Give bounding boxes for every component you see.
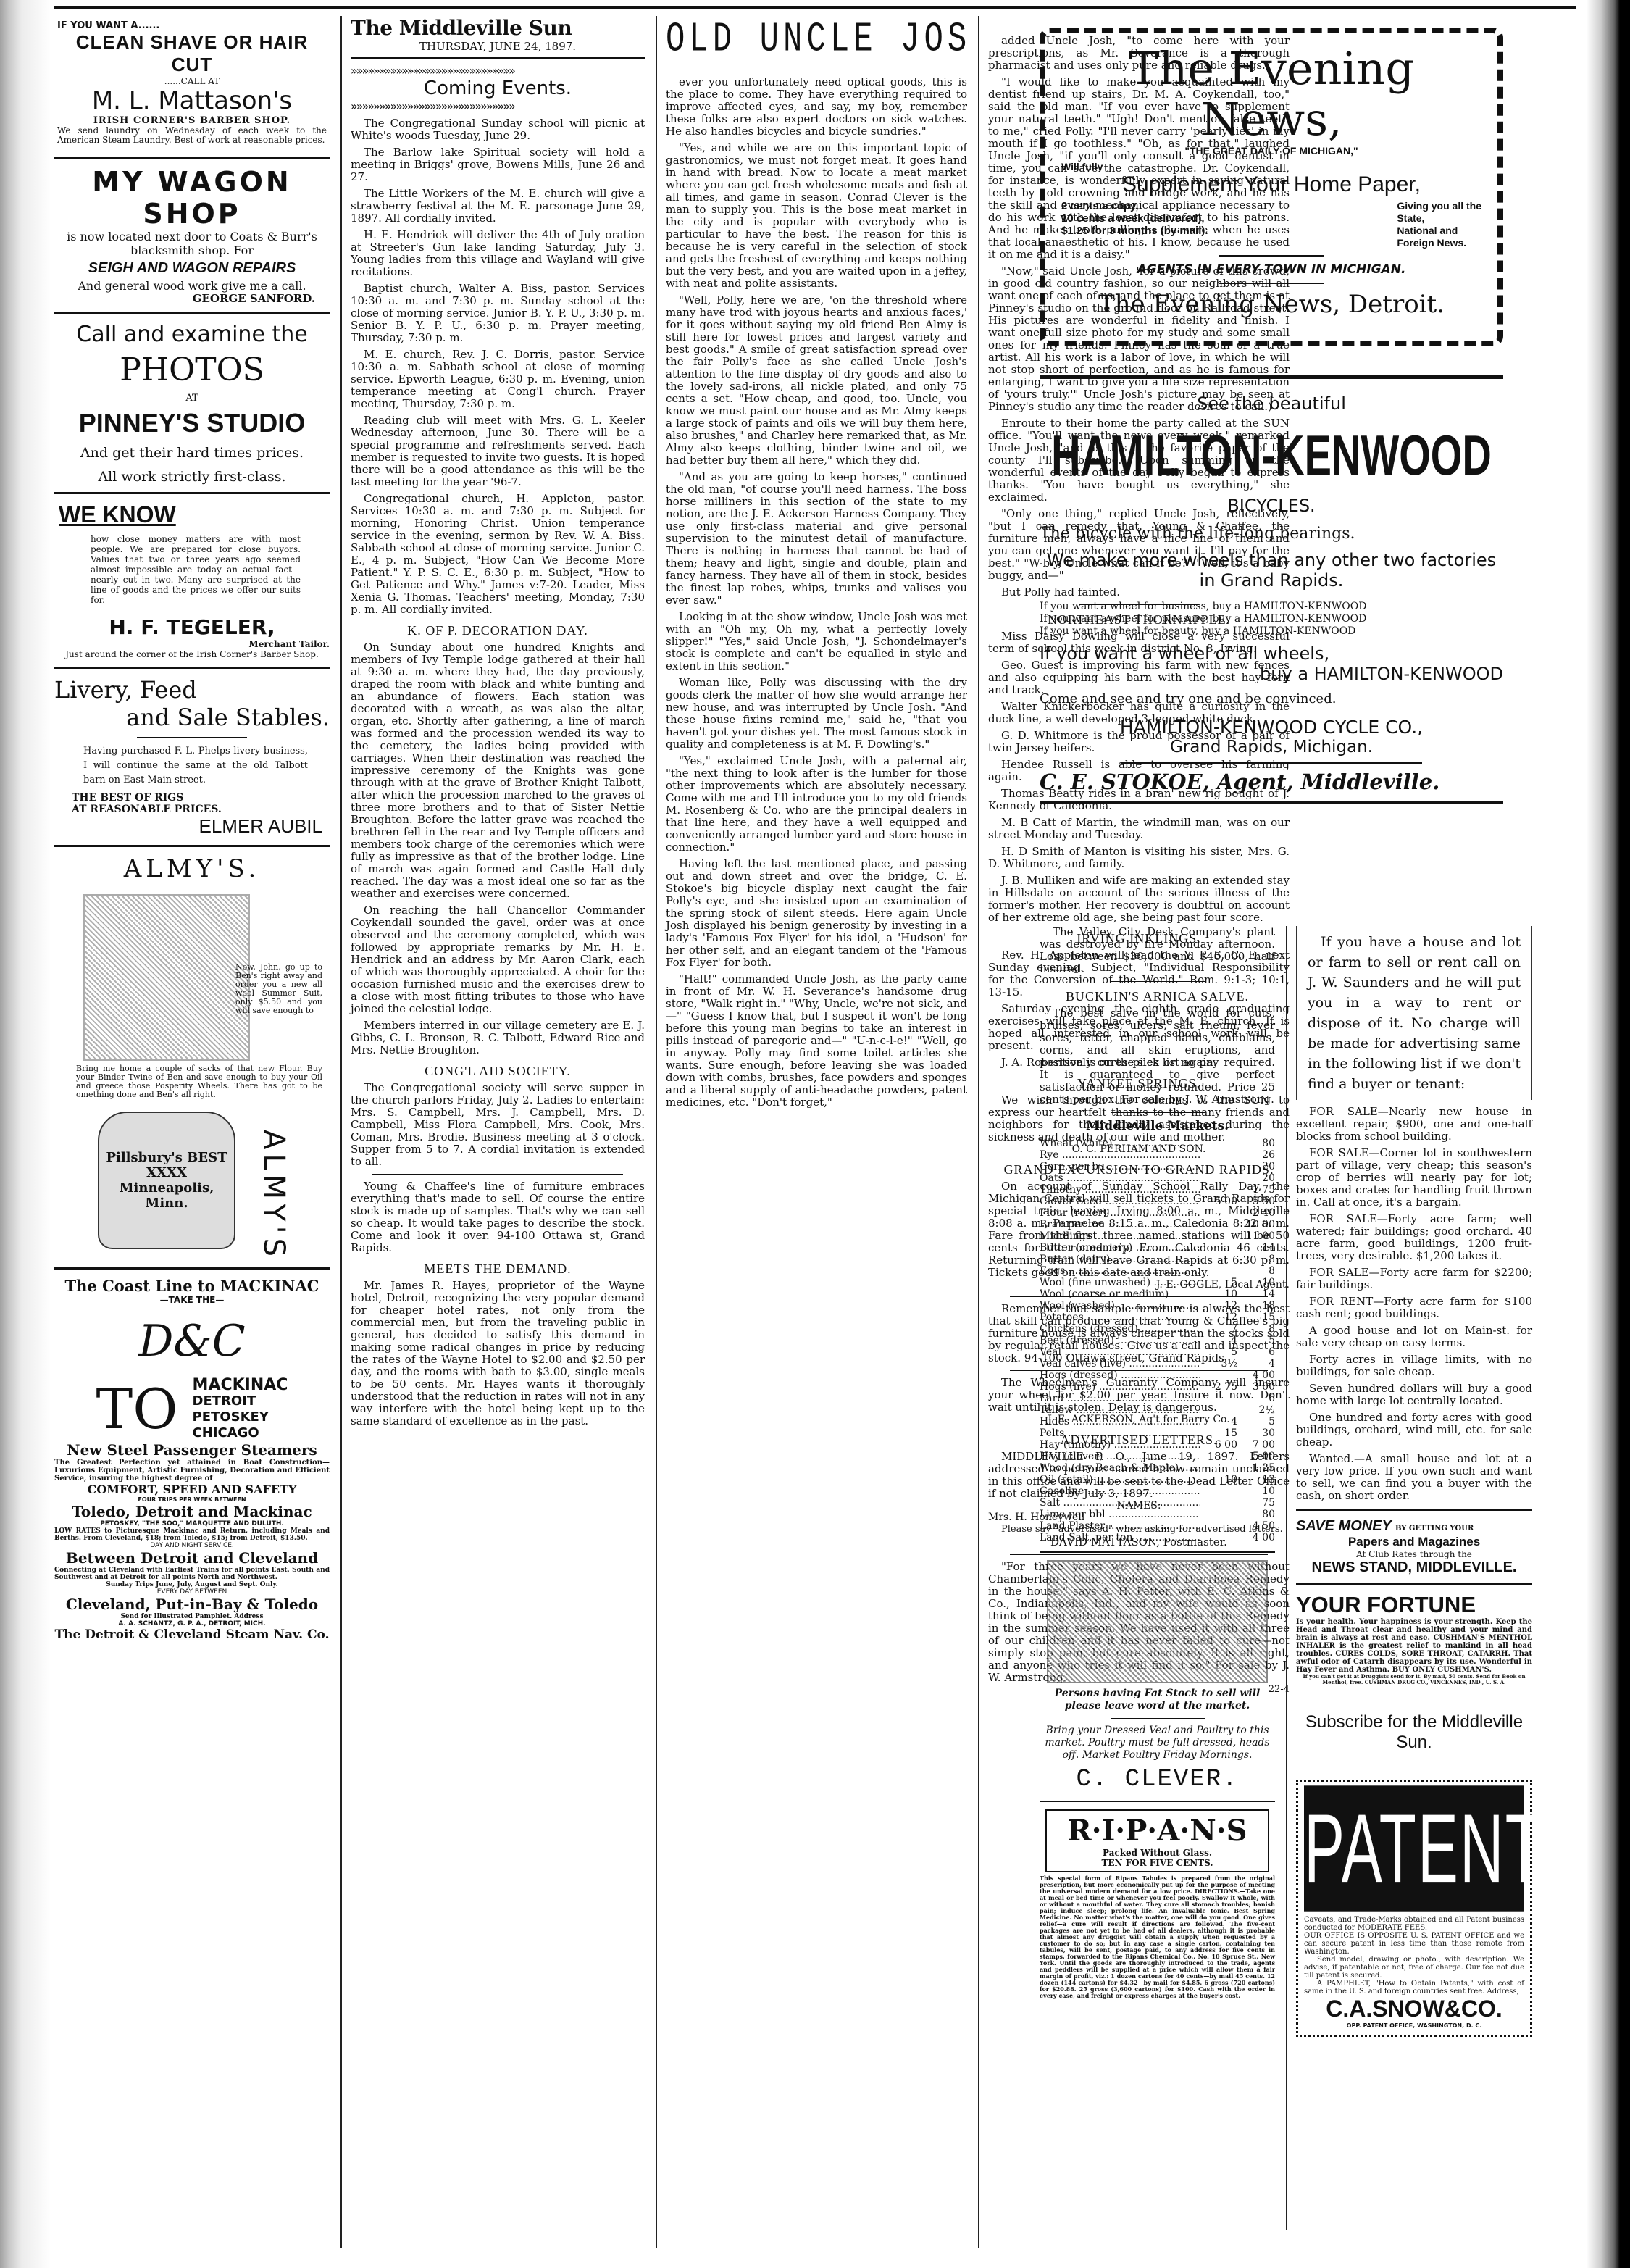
market-high: 10: [1237, 1485, 1275, 1497]
fire-notice: The Valley City Desk Company's plant was…: [1040, 926, 1275, 975]
divider: [1040, 1551, 1275, 1553]
story-body: ever you unfortunately need optical good…: [666, 76, 967, 1109]
ripans-title: R·I·P·A·N·S: [1050, 1814, 1265, 1848]
market-low: [1200, 1462, 1237, 1474]
market-high: 26: [1237, 1149, 1275, 1161]
market-item: Clover Seed: [1040, 1196, 1200, 1207]
steamer-perfection: The Greatest Perfection yet attained in …: [54, 1459, 330, 1483]
livery-slogan2: AT REASONABLE PRICES.: [72, 804, 330, 815]
market-high: 4 00: [1237, 1369, 1275, 1381]
photo-line6: All work strictly first-class.: [54, 469, 330, 485]
chevron-border-icon: »»»»»»»»»»»»»»»»»»»»»»»»»»»»»: [351, 99, 645, 113]
listing-item: Forty acres in village limits, with no b…: [1296, 1354, 1532, 1378]
market-high: 20: [1237, 1172, 1275, 1184]
market-row: Eggs8: [1040, 1265, 1275, 1277]
almys-ad: ALMY'S. Now, John, go up to Ben's right …: [54, 854, 330, 1260]
market-row: Land Plaster4 50: [1040, 1520, 1275, 1532]
divider: [1111, 1718, 1205, 1719]
almys-headline: ALMY'S.: [54, 854, 330, 883]
divider: [1219, 283, 1324, 284]
market-item: Timothy: [1040, 1184, 1200, 1196]
aid-title: CONG'L AID SOCIETY.: [351, 1064, 645, 1079]
market-item: Butter (dairy): [1040, 1254, 1200, 1265]
market-row: Butter (dairy)8: [1040, 1254, 1275, 1265]
market-high: 7 00: [1237, 1439, 1275, 1451]
market-item: Bran per ton: [1040, 1219, 1200, 1230]
market-row: Bran per ton10 00: [1040, 1219, 1275, 1230]
market-high: 4 50: [1237, 1520, 1275, 1532]
market-row: Middlings11 00: [1040, 1230, 1275, 1242]
hk-city: Grand Rapids, Michigan.: [1040, 738, 1503, 756]
club-rates: At Club Rates through the: [1296, 1549, 1532, 1559]
steamer-route1: Toledo, Detroit and Mackinac: [54, 1503, 330, 1520]
market-low: 4: [1200, 1335, 1237, 1346]
patents-body1: Caveats, and Trade-Marks obtained and al…: [1304, 1916, 1524, 1932]
market-low: [1200, 1149, 1237, 1161]
cow-illustration: [1047, 1560, 1268, 1683]
evening-news-agents: AGENTS IN EVERY TOWN IN MICHIGAN.: [1061, 262, 1481, 277]
patents-address: OPP. PATENT OFFICE, WASHINGTON, D. C.: [1304, 2022, 1524, 2029]
patents-body4: A PAMPHLET, "How to Obtain Patents," wit…: [1304, 1980, 1524, 1996]
market-item: Hogs (live): [1040, 1381, 1200, 1393]
section-title-coming-events: Coming Events.: [351, 78, 645, 99]
market-high: 2½: [1237, 1404, 1275, 1416]
market-item: Veal: [1040, 1346, 1200, 1358]
market-item: Land Salt, per ton: [1040, 1532, 1200, 1543]
market-item: Wool (coarse or medium): [1040, 1288, 1200, 1300]
divider: [54, 312, 330, 314]
market-low: [1200, 1242, 1237, 1254]
divider: [54, 1267, 330, 1270]
divider: [1296, 1772, 1532, 1772]
wagon-body2: And general wood work give me a call.: [54, 280, 330, 292]
wagon-body: is now located next door to Coats & Burr…: [54, 230, 330, 257]
divider: [351, 57, 645, 59]
market-item: Flour (roller): [1040, 1207, 1200, 1219]
hamilton-kenwood-ad: See the beautiful HAMILTON-KENWOOD BICYC…: [1040, 375, 1503, 811]
listing-item: Wanted.—A small house and lot at a very …: [1296, 1453, 1532, 1502]
fortune-body: Is your health. Your happiness is your s…: [1296, 1618, 1532, 1674]
market-row: Hay (timothy)6 007 00: [1040, 1439, 1275, 1451]
steamer-comfort: COMFORT, SPEED AND SAFETY: [54, 1483, 330, 1496]
ripans-sub2: TEN FOR FIVE CENTS.: [1050, 1858, 1265, 1868]
steamer-take: —TAKE THE—: [54, 1295, 330, 1305]
listing-item: FOR SALE—Nearly new house in excellent r…: [1296, 1106, 1532, 1143]
market-low: 12: [1200, 1300, 1237, 1312]
divider: [137, 737, 247, 738]
market-row: Beef (dressed)45: [1040, 1335, 1275, 1346]
market-high: 1 75: [1237, 1184, 1275, 1196]
market-low: [1200, 1532, 1237, 1543]
aid-body: The Congregational society will serve su…: [351, 1082, 645, 1168]
evening-news-title: The Evening News,: [1061, 43, 1481, 145]
market-item: Tallow: [1040, 1404, 1200, 1416]
market-low: 5: [1200, 1277, 1237, 1288]
livery-signature: ELMER AUBIL: [54, 815, 330, 838]
hk-agent: C. E. STOKOE, Agent, Middleville.: [1040, 770, 1503, 794]
market-low: [1200, 1207, 1237, 1219]
giving-2: National and: [1397, 225, 1481, 237]
dest-1: DETROIT: [193, 1393, 288, 1409]
market-row: Oil (retail)1013: [1040, 1474, 1275, 1485]
market-row: Salt75: [1040, 1497, 1275, 1509]
market-high: 6: [1237, 1346, 1275, 1358]
page-edge-binding: [1587, 0, 1630, 2268]
market-low: [1200, 1265, 1237, 1277]
photo-ad: Call and examine the PHOTOS AT PINNEY'S …: [54, 322, 330, 485]
by-getting: BY GETTING YOUR: [1395, 1525, 1474, 1533]
dest-3: CHICAGO: [193, 1425, 288, 1441]
market-low: [1200, 1520, 1237, 1532]
market-row: Wool (coarse or medium)1014: [1040, 1288, 1275, 1300]
hk-if-0: If you want a wheel for business, buy a …: [1040, 601, 1503, 613]
market-high: 4 00: [1237, 1532, 1275, 1543]
market-row: Gasoline10: [1040, 1485, 1275, 1497]
market-high: 8: [1237, 1323, 1275, 1335]
divider: [1296, 1583, 1532, 1585]
steamer-route3: Cleveland, Put-in-Bay & Toledo: [54, 1596, 330, 1613]
market-item: Veal calves (live): [1040, 1358, 1200, 1369]
hk-bicycles: BICYCLES.: [1040, 496, 1503, 516]
steamer-connecting: Connecting at Cleveland with Earliest Tr…: [54, 1567, 330, 1581]
ripans-sub1: Packed Without Glass.: [1050, 1848, 1265, 1858]
market-low: [1200, 1393, 1237, 1404]
hk-if-2: If you want a wheel for beauty, buy a HA…: [1040, 625, 1503, 638]
divider: [1296, 1509, 1532, 1511]
listing-item: A good house and lot on Main-st. for sal…: [1296, 1325, 1532, 1349]
market-row: Clover Seed5 005 50: [1040, 1196, 1275, 1207]
story-paragraph: "Well, Polly, here we are, 'on the thres…: [666, 294, 967, 467]
dest-2: PETOSKEY: [193, 1409, 288, 1425]
event-item: Congregational church, H. Appleton, past…: [351, 493, 645, 616]
market-item: Eggs: [1040, 1265, 1200, 1277]
story-title: OLD UNCLE JOSH.: [666, 17, 967, 64]
divider: [1040, 801, 1503, 804]
divider: [1296, 1693, 1532, 1693]
divider: [1111, 1112, 1205, 1113]
story-paragraph: "Yes, and while we are on this important…: [666, 142, 967, 290]
listings: FOR SALE—Nearly new house in excellent r…: [1296, 1106, 1532, 1502]
market-high: 18: [1237, 1300, 1275, 1312]
story-paragraph: Having left the last mentioned place, an…: [666, 858, 967, 969]
market-high: 75: [1237, 1497, 1275, 1509]
evening-news-will: Will fully: [1061, 161, 1481, 172]
bring-notice: Bring your Dressed Veal and Poultry to t…: [1040, 1725, 1275, 1762]
fortune-title: YOUR FORTUNE: [1296, 1592, 1532, 1618]
market-low: [1200, 1509, 1237, 1520]
market-high: 8: [1237, 1254, 1275, 1265]
price-2: $1.25 for 3 months (by mail).: [1061, 225, 1208, 237]
market-high: 3 00: [1237, 1381, 1275, 1393]
livery-slogan1: THE BEST OF RIGS: [72, 792, 330, 804]
event-item: H. E. Hendrick will deliver the 4th of J…: [351, 229, 645, 278]
photo-line2: PHOTOS: [54, 351, 330, 388]
barber-body: We send laundry on Wednesday of each wee…: [57, 126, 327, 145]
market-item: Chickens (dressed): [1040, 1323, 1200, 1335]
market-item: Middlings: [1040, 1230, 1200, 1242]
market-low: [1200, 1219, 1237, 1230]
newspaper-page: IF YOU WANT A...... CLEAN SHAVE OR HAIR …: [54, 6, 1576, 2259]
wagon-service: SEIGH AND WAGON REPAIRS: [54, 260, 330, 277]
market-high: 80: [1237, 1138, 1275, 1149]
market-high: 30: [1237, 1427, 1275, 1439]
hk-brand: HAMILTON-KENWOOD: [1040, 422, 1503, 488]
barber-headline: CLEAN SHAVE OR HAIR CUT: [57, 31, 327, 76]
clever-name: C. CLEVER.: [1040, 1766, 1275, 1793]
event-item: Baptist church, Walter A. Biss, pastor. …: [351, 283, 645, 344]
subscribe-notice: Subscribe for the Middleville Sun.: [1296, 1712, 1532, 1753]
story-paragraph: ever you unfortunately need optical good…: [666, 76, 967, 138]
market-low: 4: [1200, 1416, 1237, 1427]
listing-item: FOR SALE—Corner lot in southwestern part…: [1296, 1147, 1532, 1209]
save-money: SAVE MONEY: [1296, 1518, 1392, 1534]
barber-name: M. L. Mattason's: [57, 86, 327, 115]
divider: [1111, 981, 1205, 982]
market-high: 5: [1237, 1335, 1275, 1346]
listing-item: FOR SALE—Forty acre farm; well watered; …: [1296, 1213, 1532, 1262]
market-item: Corn, per bu: [1040, 1161, 1200, 1172]
market-low: 12: [1200, 1312, 1237, 1323]
ne-item: M. B Catt of Martin, the windmill man, w…: [988, 817, 1290, 841]
market-item: Lime per bbl: [1040, 1509, 1200, 1520]
photo-line3: AT: [54, 393, 330, 404]
market-low: [1200, 1404, 1237, 1416]
hk-bearings: The bicycle with the life-long bearings.: [1040, 525, 1503, 543]
market-high: 5 50: [1237, 1196, 1275, 1207]
dest-0: MACKINAC: [193, 1377, 288, 1393]
market-item: Hides: [1040, 1416, 1200, 1427]
giving-3: Foreign News.: [1397, 237, 1481, 249]
markets-title: Middleville Markets.: [1040, 1119, 1275, 1133]
market-row: Rye26: [1040, 1149, 1275, 1161]
market-item: Hogs (dressed): [1040, 1369, 1200, 1381]
papers-magazines: Papers and Magazines: [1296, 1535, 1532, 1549]
market-item: Rye: [1040, 1149, 1200, 1161]
steamer-route1-sub: PETOSKEY, "THE SOO," MARQUETTE AND DULUT…: [54, 1520, 330, 1527]
market-low: [1200, 1184, 1237, 1196]
steamer-to: TO: [96, 1383, 178, 1435]
patents-company: C.A.SNOW&CO.: [1304, 1996, 1524, 2022]
patents-ad: PATENTS Caveats, and Trade-Marks obtaine…: [1296, 1780, 1532, 2037]
barber-lead: IF YOU WANT A......: [57, 20, 327, 31]
price-1: 10 cents a week (delivered),: [1061, 212, 1208, 225]
top-rule: [54, 6, 1576, 9]
divider: [1219, 255, 1324, 257]
page-edge-shadow: [0, 0, 51, 2268]
event-item: The Barlow lake Spiritual society will h…: [351, 146, 645, 183]
event-item: The Congregational Sunday school will pi…: [351, 117, 645, 142]
market-low: [1200, 1172, 1237, 1184]
market-row: Hides45: [1040, 1416, 1275, 1427]
market-item: Oats: [1040, 1172, 1200, 1184]
market-item: Potatoes: [1040, 1312, 1200, 1323]
steamer-steamers: New Steel Passenger Steamers: [54, 1441, 330, 1459]
wagon-signature: GEORGE SANFORD.: [54, 292, 330, 305]
salve-body: The best salve in the world for cuts, br…: [1040, 1007, 1275, 1106]
ripans-body: This special form of Ripans Tabules is p…: [1040, 1875, 1275, 1999]
kop-body: On Sunday about one hundred Knights and …: [351, 641, 645, 1056]
market-item: Lard: [1040, 1393, 1200, 1404]
market-high: 14: [1237, 1288, 1275, 1300]
price-0: 2 cents a copy,: [1061, 200, 1208, 212]
photo-line1: Call and examine the: [54, 322, 330, 347]
market-high: 15: [1237, 1312, 1275, 1323]
masthead-title: The Middleville Sun: [351, 16, 645, 40]
divider: [54, 492, 330, 494]
market-low: [1200, 1451, 1237, 1462]
barber-call: ......CALL AT: [57, 76, 327, 86]
market-row: Hogs (live)2 753 00: [1040, 1381, 1275, 1393]
market-low: [1200, 1138, 1237, 1149]
market-row: Flour (roller)2 40: [1040, 1207, 1275, 1219]
photo-line5: And get their hard times prices.: [54, 443, 330, 463]
evening-news-footer: The Evening News, Detroit.: [1061, 290, 1481, 319]
fat-stock-notice: Persons having Fat Stock to sell will pl…: [1040, 1688, 1275, 1712]
story-paragraph: "Yes," exclaimed Uncle Josh, with a pate…: [666, 755, 967, 854]
ne-item: H. D Smith of Manton is visiting his sis…: [988, 846, 1290, 870]
market-item: Wool (fine unwashed): [1040, 1277, 1200, 1288]
steamer-send: Send for Illustrated Pamphlet. Address: [54, 1613, 330, 1620]
wagon-ad: MY WAGON SHOP is now located next door t…: [54, 166, 330, 305]
listing-item: Seven hundred dollars will buy a good ho…: [1296, 1383, 1532, 1407]
divider: [372, 1174, 623, 1175]
market-low: 10: [1200, 1288, 1237, 1300]
market-row: Hay (clover)5 00: [1040, 1451, 1275, 1462]
market-low: 2 75: [1200, 1381, 1237, 1393]
patents-body2: OUR OFFICE IS OPPOSITE U. S. PATENT OFFI…: [1304, 1932, 1524, 1956]
steamer-four-trips: FOUR TRIPS PER WEEK BETWEEN: [54, 1496, 330, 1503]
demand-title: MEETS THE DEMAND.: [351, 1262, 645, 1277]
market-row: Tallow2½: [1040, 1404, 1275, 1416]
steamer-low-rates: LOW RATES to Picturesque Mackinac and Re…: [54, 1527, 330, 1542]
column-3-uncle-josh: OLD UNCLE JOSH. ever you unfortunately n…: [656, 16, 967, 2248]
market-low: 5 00: [1200, 1196, 1237, 1207]
market-item: Gasoline: [1040, 1485, 1200, 1497]
divider: [54, 845, 330, 847]
market-high: 10: [1237, 1277, 1275, 1288]
market-row: Pelts1530: [1040, 1427, 1275, 1439]
market-low: [1200, 1497, 1237, 1509]
market-high: 11 00: [1237, 1230, 1275, 1242]
market-high: 20: [1237, 1161, 1275, 1172]
market-high: 2 40: [1237, 1207, 1275, 1219]
tailor-headline: WE KNOW: [54, 501, 330, 528]
market-item: Butter (creamery): [1040, 1242, 1200, 1254]
patents-body3: Send model, drawing or photo., with desc…: [1304, 1956, 1524, 1980]
news-stand-ad: SAVE MONEY BY GETTING YOUR Papers and Ma…: [1296, 1518, 1532, 1576]
market-item: Oil (retail): [1040, 1474, 1200, 1485]
story-paragraph: "And as you are going to keep horses," c…: [666, 471, 967, 606]
story-paragraph: Looking in at the show window, Uncle Jos…: [666, 611, 967, 672]
hk-if-1: If you want a wheel for pleasure, buy a …: [1040, 613, 1503, 625]
market-item: Beef (dressed): [1040, 1335, 1200, 1346]
market-high: 1 25: [1237, 1462, 1275, 1474]
dc-logo-ship-icon: D&C: [54, 1305, 330, 1377]
column-2-local-news: The Middleville Sun THURSDAY, JUNE 24, 1…: [340, 16, 645, 2248]
steamer-every-day: EVERY DAY BETWEEN: [54, 1588, 330, 1596]
fortune-small: If you can't get it at Druggists send fo…: [1296, 1674, 1532, 1685]
hk-all1: If you want a wheel of all wheels,: [1040, 643, 1503, 664]
kop-paragraph: On reaching the hall Chancellor Commande…: [351, 904, 645, 1015]
steamer-route2: Between Detroit and Cleveland: [54, 1549, 330, 1567]
market-row: Timothy1 75: [1040, 1184, 1275, 1196]
divider: [54, 667, 330, 669]
tailor-title: Merchant Tailor.: [54, 639, 330, 649]
divider: [756, 70, 877, 70]
market-item: Wool (washed): [1040, 1300, 1200, 1312]
market-row: Wool (washed)1218: [1040, 1300, 1275, 1312]
market-low: 10: [1200, 1474, 1237, 1485]
market-low: 7: [1200, 1323, 1237, 1335]
market-row: Lime per bbl80: [1040, 1509, 1275, 1520]
livery-line2: and Sale Stables.: [54, 704, 330, 731]
divider: [1040, 1801, 1275, 1802]
market-row: Wool (fine unwashed)510: [1040, 1277, 1275, 1288]
market-item: Salt: [1040, 1497, 1200, 1509]
livery-line1: Livery, Feed: [54, 676, 330, 704]
hk-more: We make more wheels than any other two f…: [1040, 550, 1503, 591]
giving-1: State,: [1397, 212, 1481, 225]
market-high: 80: [1237, 1509, 1275, 1520]
market-row: Potatoes1215: [1040, 1312, 1275, 1323]
story-paragraph: "Halt!" commanded Uncle Josh, as the par…: [666, 973, 967, 1109]
event-item: Reading club will meet with Mrs. G. L. K…: [351, 414, 645, 488]
market-row: Chickens (dressed)78: [1040, 1323, 1275, 1335]
market-row: Hogs (dressed)4 00: [1040, 1369, 1275, 1381]
sack-label: Pillsbury's BEST XXXX Minneapolis, Minn.: [99, 1150, 234, 1211]
market-row: Wood (dry Beach & Maple)1 25: [1040, 1462, 1275, 1474]
column-1-ads: IF YOU WANT A...... CLEAN SHAVE OR HAIR …: [54, 16, 330, 2248]
steamer-day-night: DAY AND NIGHT SERVICE.: [54, 1542, 330, 1549]
market-row: Veal56: [1040, 1346, 1275, 1358]
hk-company: HAMILTON-KENWOOD CYCLE CO.,: [1040, 717, 1503, 738]
market-row: Oats20: [1040, 1172, 1275, 1184]
almys-body: Bring me home a couple of sacks of that …: [76, 1064, 322, 1099]
hk-see: See the beautiful: [1040, 393, 1503, 414]
market-low: [1200, 1161, 1237, 1172]
market-high: 5: [1237, 1416, 1275, 1427]
kop-paragraph: Members interred in our village cemetery…: [351, 1020, 645, 1056]
tailor-location: Just around the corner of the Irish Corn…: [54, 649, 330, 659]
steamer-headline: The Coast Line to MACKINAC: [54, 1277, 330, 1295]
almys-caption: Now, John, go up to Ben's right away and…: [235, 963, 322, 1015]
ne-item: J. B. Mulliken and wife are making an ex…: [988, 875, 1290, 924]
illustration-man-woman: [83, 894, 250, 1061]
market-row: Corn, per bu20: [1040, 1161, 1275, 1172]
saunders-body: If you have a house and lot or farm to s…: [1308, 932, 1521, 1094]
news-stand-name: NEWS STAND, MIDDLEVILLE.: [1296, 1559, 1532, 1576]
market-high: 4: [1237, 1358, 1275, 1369]
evening-news-supplement: Supplement Your Home Paper,: [1061, 172, 1481, 197]
hk-come: Come and see and try one and be convince…: [1040, 691, 1503, 706]
market-high: 6: [1237, 1393, 1275, 1404]
hk-all2: buy a HAMILTON-KENWOOD: [1040, 664, 1503, 684]
market-item: Wheat (white): [1040, 1138, 1200, 1149]
barber-shop: IRISH CORNER'S BARBER SHOP.: [57, 115, 327, 126]
market-low: 15: [1200, 1427, 1237, 1439]
salve-title: BUCKLIN'S ARNICA SALVE.: [1040, 989, 1275, 1004]
market-row: Land Salt, per ton4 00: [1040, 1532, 1275, 1543]
wagon-headline: MY WAGON SHOP: [54, 166, 330, 230]
market-low: [1200, 1485, 1237, 1497]
furniture-notice: Young & Chaffee's line of furniture embr…: [351, 1180, 645, 1254]
steamer-ad: The Coast Line to MACKINAC —TAKE THE— D&…: [54, 1277, 330, 1642]
market-low: 6 00: [1200, 1439, 1237, 1451]
market-item: Hay (timothy): [1040, 1439, 1200, 1451]
livery-body: Having purchased F. L. Phelps livery bus…: [83, 744, 308, 788]
tailor-name: H. F. TEGELER,: [54, 615, 330, 639]
market-low: [1200, 1254, 1237, 1265]
